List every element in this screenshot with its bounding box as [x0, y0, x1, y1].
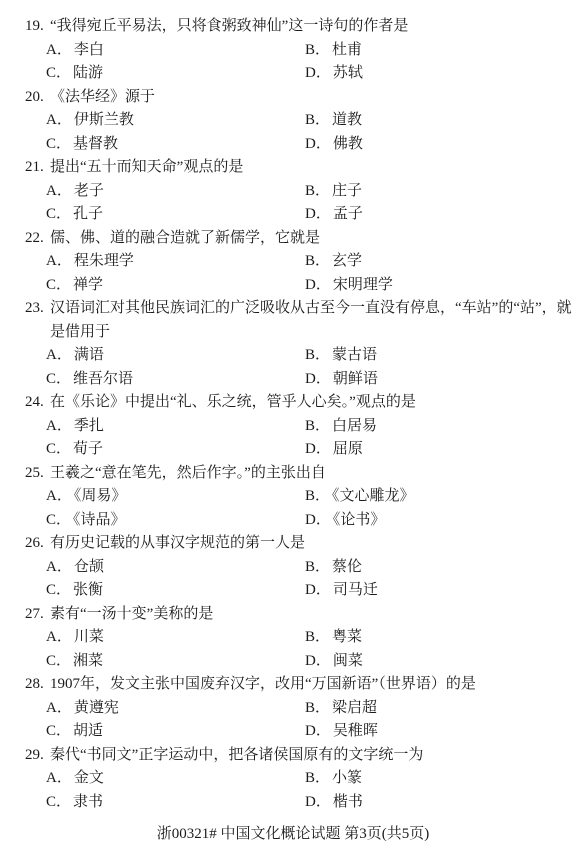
options-row-cd: C．张衡 D．司马迁 [0, 579, 586, 603]
option-label: A． [46, 418, 72, 434]
option-label: B． [305, 183, 330, 199]
question-number: 23. [25, 297, 50, 344]
option-text: 白居易 [332, 418, 377, 434]
option-d: D．屈原 [305, 438, 363, 462]
option-a: A．程朱理学 [46, 250, 305, 274]
question-text: 提出“五十而知天命”观点的是 [50, 156, 572, 180]
option-label: D． [305, 794, 331, 810]
option-b: B．蔡伦 [305, 556, 362, 580]
question-19: 19. “我得宛丘平易法，只将食粥致神仙”这一诗句的作者是 A．李白 B．杜甫 … [0, 15, 586, 86]
question-number: 24. [25, 391, 50, 415]
question-row: 24. 在《乐论》中提出“礼、乐之统，管乎人心矣。”观点的是 [0, 391, 586, 415]
option-text: 满语 [74, 347, 104, 363]
option-label: C． [46, 277, 71, 293]
option-a: A．季扎 [46, 415, 305, 439]
question-number: 25. [25, 462, 50, 486]
option-text: 孔子 [73, 206, 103, 222]
option-text: 程朱理学 [74, 253, 134, 269]
question-text: 1907年，发文主张中国废弃汉字，改用“万国新语”（世界语）的是 [50, 673, 572, 697]
option-text: 金文 [74, 770, 104, 786]
option-label: B． [305, 42, 330, 58]
option-text: 闽菜 [333, 653, 363, 669]
option-label: C． [46, 441, 71, 457]
option-text: 陆游 [73, 65, 103, 81]
options-row-cd: C．隶书 D．楷书 [0, 791, 586, 815]
option-label: C． [46, 371, 71, 387]
options-row-ab: A．季扎 B．白居易 [0, 415, 586, 439]
option-c: C．禅学 [46, 274, 305, 298]
option-label: B． [305, 112, 330, 128]
options-row-ab: A．程朱理学 B．玄学 [0, 250, 586, 274]
option-b: B．道教 [305, 109, 362, 133]
option-a: A．川菜 [46, 626, 305, 650]
option-d: D．吴稚晖 [305, 720, 378, 744]
question-number: 21. [25, 156, 50, 180]
option-a: A．伊斯兰教 [46, 109, 305, 133]
page-footer: 浙00321# 中国文化概论试题 第3页(共5页) [0, 823, 586, 847]
options-row-ab: A．伊斯兰教 B．道教 [0, 109, 586, 133]
option-label: C． [46, 723, 71, 739]
option-text: 老子 [74, 183, 104, 199]
question-number: 20. [25, 86, 50, 110]
options-row-cd: C．禅学 D．宋明理学 [0, 274, 586, 298]
option-text: 孟子 [333, 206, 363, 222]
options-row-cd: C．陆游 D．苏轼 [0, 62, 586, 86]
options-row-ab: A．《周易》 B．《文心雕龙》 [0, 485, 586, 509]
option-text: 楷书 [333, 794, 363, 810]
question-text: “我得宛丘平易法，只将食粥致神仙”这一诗句的作者是 [50, 15, 572, 39]
question-number: 27. [25, 603, 50, 627]
option-label: B． [305, 347, 330, 363]
option-text: 佛教 [333, 136, 363, 152]
option-d: D．苏轼 [305, 62, 363, 86]
option-text: 道教 [332, 112, 362, 128]
option-label: C． [46, 206, 71, 222]
option-c: C．湘菜 [46, 650, 305, 674]
option-label: A． [46, 559, 72, 575]
option-a: A．金文 [46, 767, 305, 791]
option-b: B．《文心雕龙》 [305, 485, 415, 509]
option-d: D．闽菜 [305, 650, 363, 674]
option-c: C．《诗品》 [46, 509, 305, 533]
option-label: B． [305, 700, 330, 716]
question-row: 26. 有历史记载的从事汉字规范的第一人是 [0, 532, 586, 556]
question-row: 23. 汉语词汇对其他民族词汇的广泛吸收从古至今一直没有停息，“车站”的“站”，… [0, 297, 586, 344]
option-d: D．司马迁 [305, 579, 378, 603]
option-label: C． [46, 582, 71, 598]
question-text: 在《乐论》中提出“礼、乐之统，管乎人心矣。”观点的是 [50, 391, 572, 415]
option-text: 玄学 [332, 253, 362, 269]
question-list: 19. “我得宛丘平易法，只将食粥致神仙”这一诗句的作者是 A．李白 B．杜甫 … [0, 15, 586, 814]
question-text: 《法华经》源于 [50, 86, 572, 110]
option-text: 《论书》 [333, 512, 386, 528]
question-row: 29. 秦代“书同文”正字运动中，把各诸侯国原有的文字统一为 [0, 744, 586, 768]
option-label: D． [305, 136, 331, 152]
question-text: 有历史记载的从事汉字规范的第一人是 [50, 532, 572, 556]
question-row: 21. 提出“五十而知天命”观点的是 [0, 156, 586, 180]
option-text: 庄子 [332, 183, 362, 199]
option-b: B．玄学 [305, 250, 362, 274]
option-a: A．黄遵宪 [46, 697, 305, 721]
option-b: B．白居易 [305, 415, 377, 439]
question-number: 19. [25, 15, 50, 39]
option-b: B．粤菜 [305, 626, 362, 650]
options-row-cd: C．湘菜 D．闽菜 [0, 650, 586, 674]
options-row-cd: C．荀子 D．屈原 [0, 438, 586, 462]
option-d: D．朝鲜语 [305, 368, 378, 392]
option-text: 杜甫 [332, 42, 362, 58]
option-text: 黄遵宪 [74, 700, 119, 716]
option-text: 《文心雕龙》 [332, 488, 415, 504]
option-a: A．李白 [46, 39, 305, 63]
option-text: 《周易》 [74, 488, 127, 504]
option-label: C． [46, 65, 71, 81]
option-label: B． [305, 253, 330, 269]
options-row-cd: C．基督教 D．佛教 [0, 133, 586, 157]
option-label: D． [305, 723, 331, 739]
option-label: D． [305, 206, 331, 222]
question-row: 22. 儒、佛、道的融合造就了新儒学，它就是 [0, 227, 586, 251]
question-row: 20. 《法华经》源于 [0, 86, 586, 110]
question-text: 秦代“书同文”正字运动中，把各诸侯国原有的文字统一为 [50, 744, 572, 768]
question-text: 素有“一汤十变”美称的是 [50, 603, 572, 627]
option-label: C． [46, 653, 71, 669]
option-label: B． [305, 629, 330, 645]
option-text: 仓颉 [74, 559, 104, 575]
option-label: B． [305, 559, 330, 575]
option-text: 小篆 [332, 770, 362, 786]
option-label: A． [46, 42, 72, 58]
option-c: C．维吾尔语 [46, 368, 305, 392]
option-label: A． [46, 629, 72, 645]
option-label: A． [46, 183, 72, 199]
option-text: 司马迁 [333, 582, 378, 598]
question-row: 28. 1907年，发文主张中国废弃汉字，改用“万国新语”（世界语）的是 [0, 673, 586, 697]
question-25: 25. 王羲之“意在笔先，然后作字。”的主张出自 A．《周易》 B．《文心雕龙》… [0, 462, 586, 533]
option-label: B． [305, 488, 330, 504]
question-text: 汉语词汇对其他民族词汇的广泛吸收从古至今一直没有停息，“车站”的“站”，就是借用… [50, 297, 572, 344]
question-20: 20. 《法华经》源于 A．伊斯兰教 B．道教 C．基督教 D．佛教 [0, 86, 586, 157]
option-c: C．基督教 [46, 133, 305, 157]
option-c: C．孔子 [46, 203, 305, 227]
option-label: B． [305, 418, 330, 434]
question-row: 25. 王羲之“意在笔先，然后作字。”的主张出自 [0, 462, 586, 486]
question-24: 24. 在《乐论》中提出“礼、乐之统，管乎人心矣。”观点的是 A．季扎 B．白居… [0, 391, 586, 462]
question-28: 28. 1907年，发文主张中国废弃汉字，改用“万国新语”（世界语）的是 A．黄… [0, 673, 586, 744]
option-label: A． [46, 488, 72, 504]
option-text: 梁启超 [332, 700, 377, 716]
option-label: A． [46, 347, 72, 363]
option-text: 伊斯兰教 [74, 112, 134, 128]
option-d: D．孟子 [305, 203, 363, 227]
exam-page: 19. “我得宛丘平易法，只将食粥致神仙”这一诗句的作者是 A．李白 B．杜甫 … [0, 0, 586, 867]
option-a: A．仓颉 [46, 556, 305, 580]
options-row-ab: A．李白 B．杜甫 [0, 39, 586, 63]
option-d: D．《论书》 [305, 509, 385, 533]
question-row: 27. 素有“一汤十变”美称的是 [0, 603, 586, 627]
option-text: 吴稚晖 [333, 723, 378, 739]
option-text: 禅学 [73, 277, 103, 293]
option-text: 荀子 [73, 441, 103, 457]
question-number: 22. [25, 227, 50, 251]
option-c: C．陆游 [46, 62, 305, 86]
question-29: 29. 秦代“书同文”正字运动中，把各诸侯国原有的文字统一为 A．金文 B．小篆… [0, 744, 586, 815]
question-text: 王羲之“意在笔先，然后作字。”的主张出自 [50, 462, 572, 486]
option-label: D． [305, 65, 331, 81]
option-text: 维吾尔语 [73, 371, 133, 387]
option-label: B． [305, 770, 330, 786]
option-text: 湘菜 [73, 653, 103, 669]
options-row-cd: C．维吾尔语 D．朝鲜语 [0, 368, 586, 392]
option-a: A．《周易》 [46, 485, 305, 509]
option-label: D． [305, 441, 331, 457]
option-b: B．杜甫 [305, 39, 362, 63]
option-text: 宋明理学 [333, 277, 393, 293]
option-text: 屈原 [333, 441, 363, 457]
options-row-ab: A．黄遵宪 B．梁启超 [0, 697, 586, 721]
option-text: 蒙古语 [332, 347, 377, 363]
option-b: B．庄子 [305, 180, 362, 204]
question-text: 儒、佛、道的融合造就了新儒学，它就是 [50, 227, 572, 251]
options-row-cd: C．孔子 D．孟子 [0, 203, 586, 227]
options-row-cd: C．胡适 D．吴稚晖 [0, 720, 586, 744]
options-row-ab: A．金文 B．小篆 [0, 767, 586, 791]
option-text: 李白 [74, 42, 104, 58]
question-number: 28. [25, 673, 50, 697]
option-label: A． [46, 112, 72, 128]
option-label: D． [305, 371, 331, 387]
option-label: D． [305, 512, 331, 528]
question-23: 23. 汉语词汇对其他民族词汇的广泛吸收从古至今一直没有停息，“车站”的“站”，… [0, 297, 586, 391]
option-b: B．梁启超 [305, 697, 377, 721]
option-label: D． [305, 653, 331, 669]
option-b: B．小篆 [305, 767, 362, 791]
option-text: 川菜 [74, 629, 104, 645]
option-d: D．佛教 [305, 133, 363, 157]
options-row-ab: A．满语 B．蒙古语 [0, 344, 586, 368]
options-row-cd: C．《诗品》 D．《论书》 [0, 509, 586, 533]
option-c: C．张衡 [46, 579, 305, 603]
option-b: B．蒙古语 [305, 344, 377, 368]
option-c: C．胡适 [46, 720, 305, 744]
option-text: 季扎 [74, 418, 104, 434]
options-row-ab: A．老子 B．庄子 [0, 180, 586, 204]
option-label: A． [46, 700, 72, 716]
question-26: 26. 有历史记载的从事汉字规范的第一人是 A．仓颉 B．蔡伦 C．张衡 D．司… [0, 532, 586, 603]
option-label: D． [305, 582, 331, 598]
option-text: 张衡 [73, 582, 103, 598]
question-21: 21. 提出“五十而知天命”观点的是 A．老子 B．庄子 C．孔子 D．孟子 [0, 156, 586, 227]
option-text: 基督教 [73, 136, 118, 152]
option-label: C． [46, 136, 71, 152]
option-text: 朝鲜语 [333, 371, 378, 387]
options-row-ab: A．仓颉 B．蔡伦 [0, 556, 586, 580]
option-c: C．隶书 [46, 791, 305, 815]
option-label: D． [305, 277, 331, 293]
option-c: C．荀子 [46, 438, 305, 462]
question-number: 26. [25, 532, 50, 556]
option-label: A． [46, 770, 72, 786]
option-text: 蔡伦 [332, 559, 362, 575]
question-number: 29. [25, 744, 50, 768]
option-text: 胡适 [73, 723, 103, 739]
option-a: A．老子 [46, 180, 305, 204]
option-label: C． [46, 512, 71, 528]
option-text: 粤菜 [332, 629, 362, 645]
option-d: D．楷书 [305, 791, 363, 815]
option-text: 隶书 [73, 794, 103, 810]
option-label: C． [46, 794, 71, 810]
question-row: 19. “我得宛丘平易法，只将食粥致神仙”这一诗句的作者是 [0, 15, 586, 39]
option-label: A． [46, 253, 72, 269]
question-27: 27. 素有“一汤十变”美称的是 A．川菜 B．粤菜 C．湘菜 D．闽菜 [0, 603, 586, 674]
option-text: 苏轼 [333, 65, 363, 81]
option-a: A．满语 [46, 344, 305, 368]
option-text: 《诗品》 [73, 512, 126, 528]
options-row-ab: A．川菜 B．粤菜 [0, 626, 586, 650]
question-22: 22. 儒、佛、道的融合造就了新儒学，它就是 A．程朱理学 B．玄学 C．禅学 … [0, 227, 586, 298]
option-d: D．宋明理学 [305, 274, 393, 298]
